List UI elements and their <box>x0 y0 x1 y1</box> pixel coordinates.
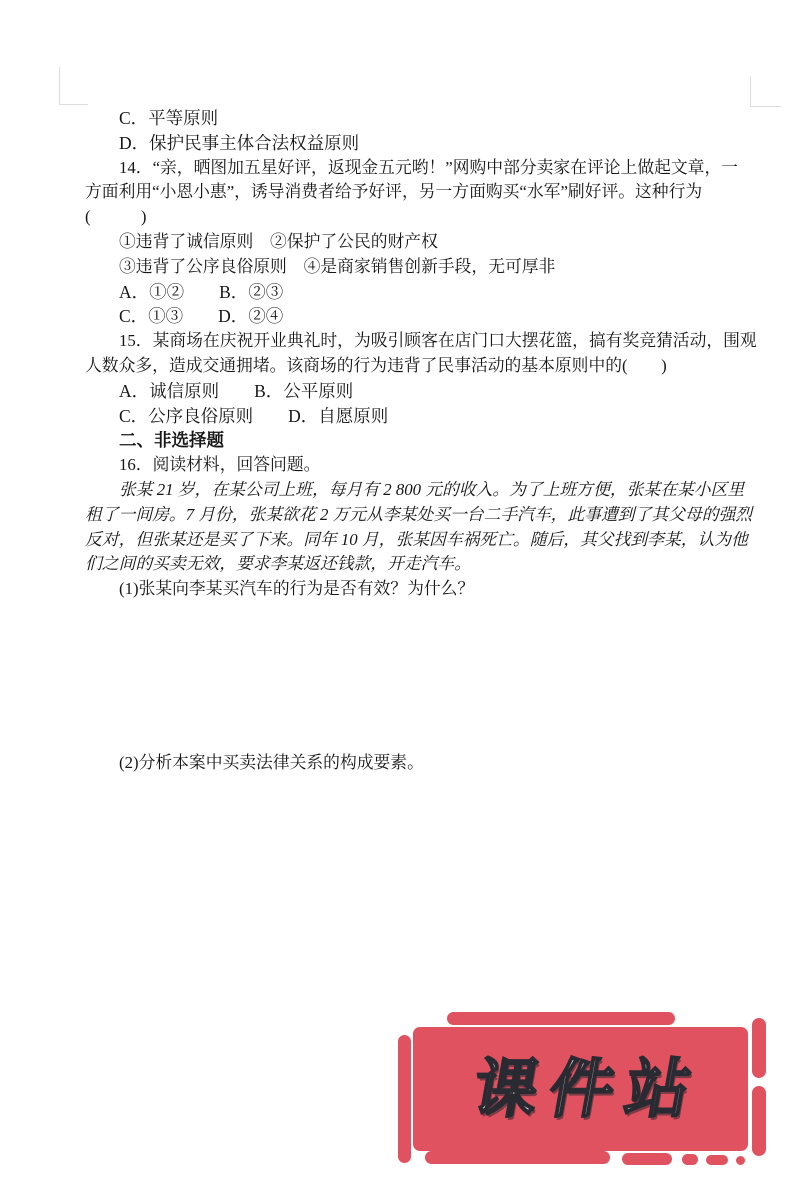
stamp-border-bottom-dash <box>682 1154 698 1165</box>
text-line: 租了一间房。7 月份，张某欲花 2 万元从李某处买一台二手汽车，此事遭到了其父母… <box>85 503 753 528</box>
stamp-border-bottom-dash <box>706 1155 728 1165</box>
text-line: ③违背了公序良俗原则 ④是商家销售创新手段，无可厚非 <box>85 255 753 280</box>
text-line: ( ) <box>85 205 753 230</box>
text-line: ①违背了诚信原则 ②保护了公民的财产权 <box>85 230 753 255</box>
text-line: 张某 21 岁，在某公司上班，每月有 2 800 元的收入。为了上班方便，张某在… <box>85 478 753 503</box>
text-line: 15．某商场在庆祝开业典礼时，为吸引顾客在店门口大摆花篮，搞有奖竞猜活动，围观 <box>85 329 753 354</box>
document-text-column: C．平等原则D．保护民事主体合法权益原则14．“亲，晒图加五星好评，返现金五元哟… <box>85 106 753 776</box>
stamp-border-left-stroke <box>398 1035 411 1163</box>
text-line: (2)分析本案中买卖法律关系的构成要素。 <box>85 751 753 776</box>
text-line: C．平等原则 <box>85 106 753 131</box>
stamp-background: 课件站 <box>413 1027 748 1151</box>
text-line: A．①② B．②③ <box>85 280 753 305</box>
text-line: 们之间的买卖无效，要求李某返还钱款，开走汽车。 <box>85 552 753 577</box>
line-spacer <box>85 602 753 751</box>
stamp-border-right-stroke <box>752 1086 766 1156</box>
text-line: C．①③ D．②④ <box>85 304 753 329</box>
text-line: D．保护民事主体合法权益原则 <box>85 131 753 156</box>
text-line: 二、非选择题 <box>85 428 753 453</box>
stamp-border-right-stroke <box>752 1018 766 1078</box>
text-line: 16．阅读材料，回答问题。 <box>85 453 753 478</box>
text-line: A．诚信原则 B．公平原则 <box>85 379 753 404</box>
text-line: 14．“亲，晒图加五星好评，返现金五元哟！”网购中部分卖家在评论上做起文章，一 <box>85 156 753 181</box>
stamp-border-bottom-dot <box>736 1156 745 1165</box>
text-boundary-corner-mark-top-right <box>750 77 781 107</box>
text-boundary-corner-mark-top-left <box>59 67 88 105</box>
stamp-border-bottom-dash <box>622 1153 672 1165</box>
watermark-stamp: 课件站 <box>392 1005 784 1180</box>
stamp-border-bottom-dash <box>425 1151 610 1164</box>
exam-page: { "page": { "background": "#ffffff", "te… <box>0 0 800 1200</box>
text-line: (1)张某向李某买汽车的行为是否有效？为什么？ <box>85 577 753 602</box>
stamp-label: 课件站 <box>454 1057 707 1121</box>
stamp-border-top-stroke <box>447 1012 675 1025</box>
text-line: 人数众多，造成交通拥堵。该商场的行为违背了民事活动的基本原则中的( ) <box>85 354 753 379</box>
text-line: C．公序良俗原则 D．自愿原则 <box>85 404 753 429</box>
text-line: 方面利用“小恩小惠”，诱导消费者给予好评，另一方面购买“水军”刷好评。这种行为 <box>85 180 753 205</box>
text-line: 反对，但张某还是买了下来。同年 10 月，张某因车祸死亡。随后，其父找到李某，认… <box>85 528 753 553</box>
